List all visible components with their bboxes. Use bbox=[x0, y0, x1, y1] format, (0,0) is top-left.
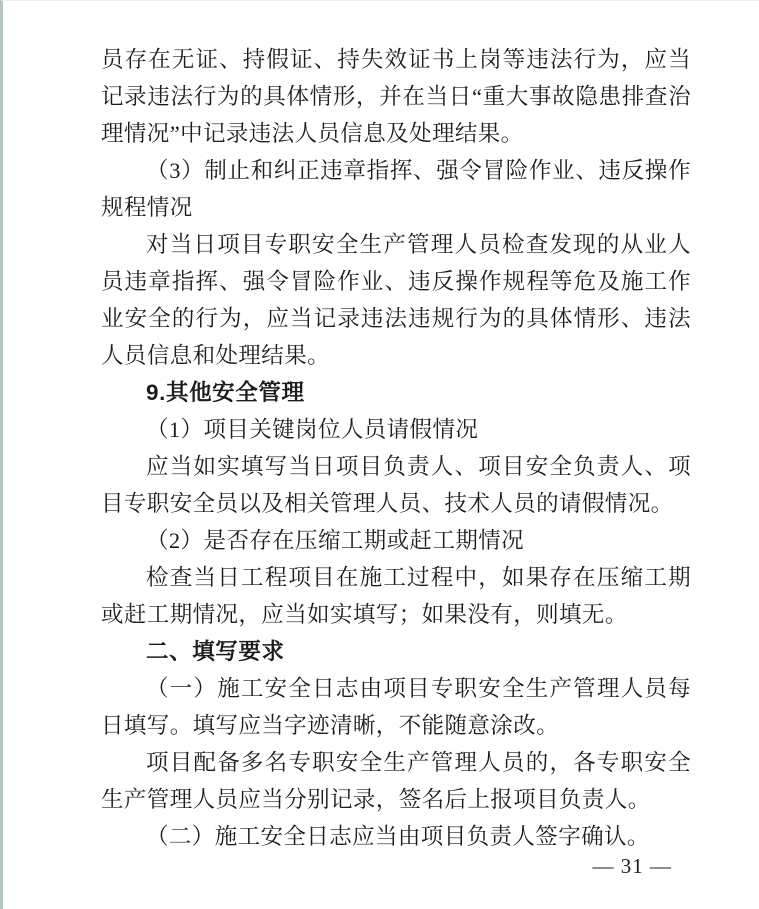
paragraph: （一）施工安全日志由项目专职安全生产管理人员每日填写。填写应当字迹清晰，不能随意… bbox=[101, 670, 691, 744]
page-number: — 31 — bbox=[593, 854, 673, 879]
paragraph: （1）项目关键岗位人员请假情况 bbox=[101, 411, 691, 448]
document-body: 员存在无证、持假证、持失效证书上岗等违法行为，应当记录违法行为的具体情形，并在当… bbox=[101, 41, 691, 855]
paragraph: （3）制止和纠正违章指挥、强令冒险作业、违反操作规程情况 bbox=[101, 152, 691, 226]
paragraph: 应当如实填写当日项目负责人、项目安全负责人、项目专职安全员以及相关管理人员、技术… bbox=[101, 448, 691, 522]
paragraph: 对当日项目专职安全生产管理人员检查发现的从业人员违章指挥、强令冒险作业、违反操作… bbox=[101, 226, 691, 374]
paragraph: 检查当日工程项目在施工过程中，如果存在压缩工期或赶工期情况，应当如实填写；如果没… bbox=[101, 559, 691, 633]
paragraph: 项目配备多名专职安全生产管理人员的，各专职安全生产管理人员应当分别记录，签名后上… bbox=[101, 744, 691, 818]
document-page: 员存在无证、持假证、持失效证书上岗等违法行为，应当记录违法行为的具体情形，并在当… bbox=[0, 0, 759, 909]
paragraph: 9.其他安全管理 bbox=[101, 374, 691, 411]
paragraph: （二）施工安全日志应当由项目负责人签字确认。 bbox=[101, 818, 691, 855]
paragraph: 员存在无证、持假证、持失效证书上岗等违法行为，应当记录违法行为的具体情形，并在当… bbox=[101, 41, 691, 152]
paragraph: 二、填写要求 bbox=[101, 633, 691, 670]
paragraph: （2）是否存在压缩工期或赶工期情况 bbox=[101, 522, 691, 559]
